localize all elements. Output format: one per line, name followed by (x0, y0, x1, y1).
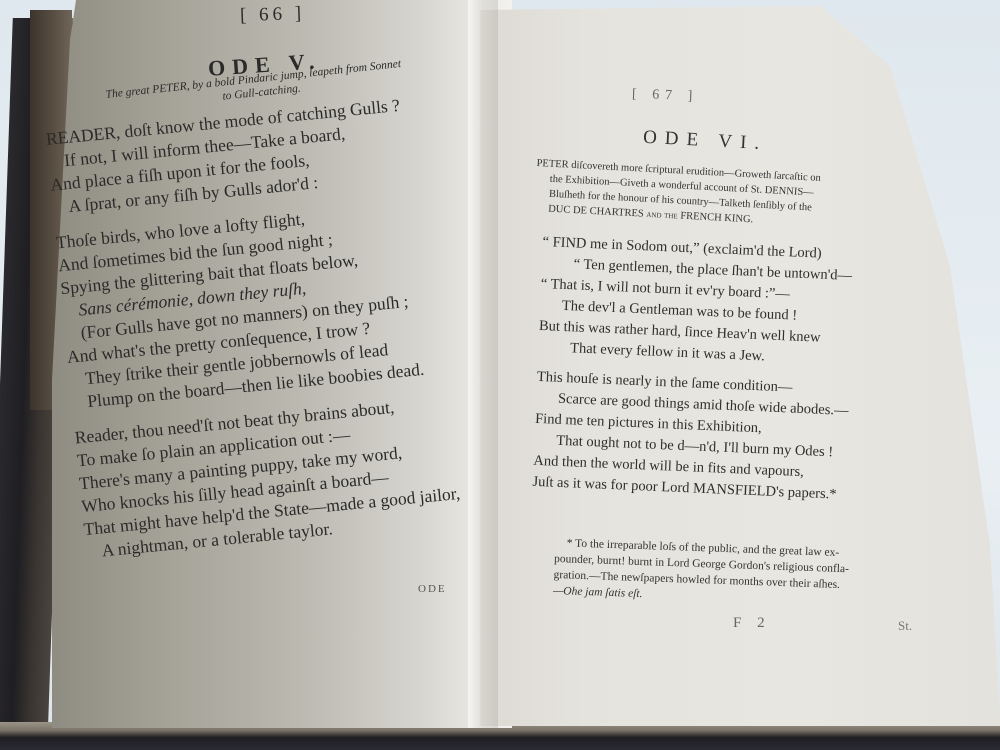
signature-mark: F 2 (733, 615, 771, 632)
left-catchword: ODE (418, 583, 447, 595)
right-catchword: St. (898, 618, 912, 634)
right-footnote: * To the irreparable loſs of the public,… (553, 535, 850, 609)
right-page-number: [ 67 ] (632, 87, 699, 105)
left-ode-verses: READER, doſt know the mode of catching G… (45, 92, 463, 564)
book-gutter (468, 0, 498, 728)
left-page-number: [ 66 ] (240, 3, 306, 27)
right-ode-verses: “ FIND me in Sodom out,” (exclaim'd the … (532, 232, 855, 506)
